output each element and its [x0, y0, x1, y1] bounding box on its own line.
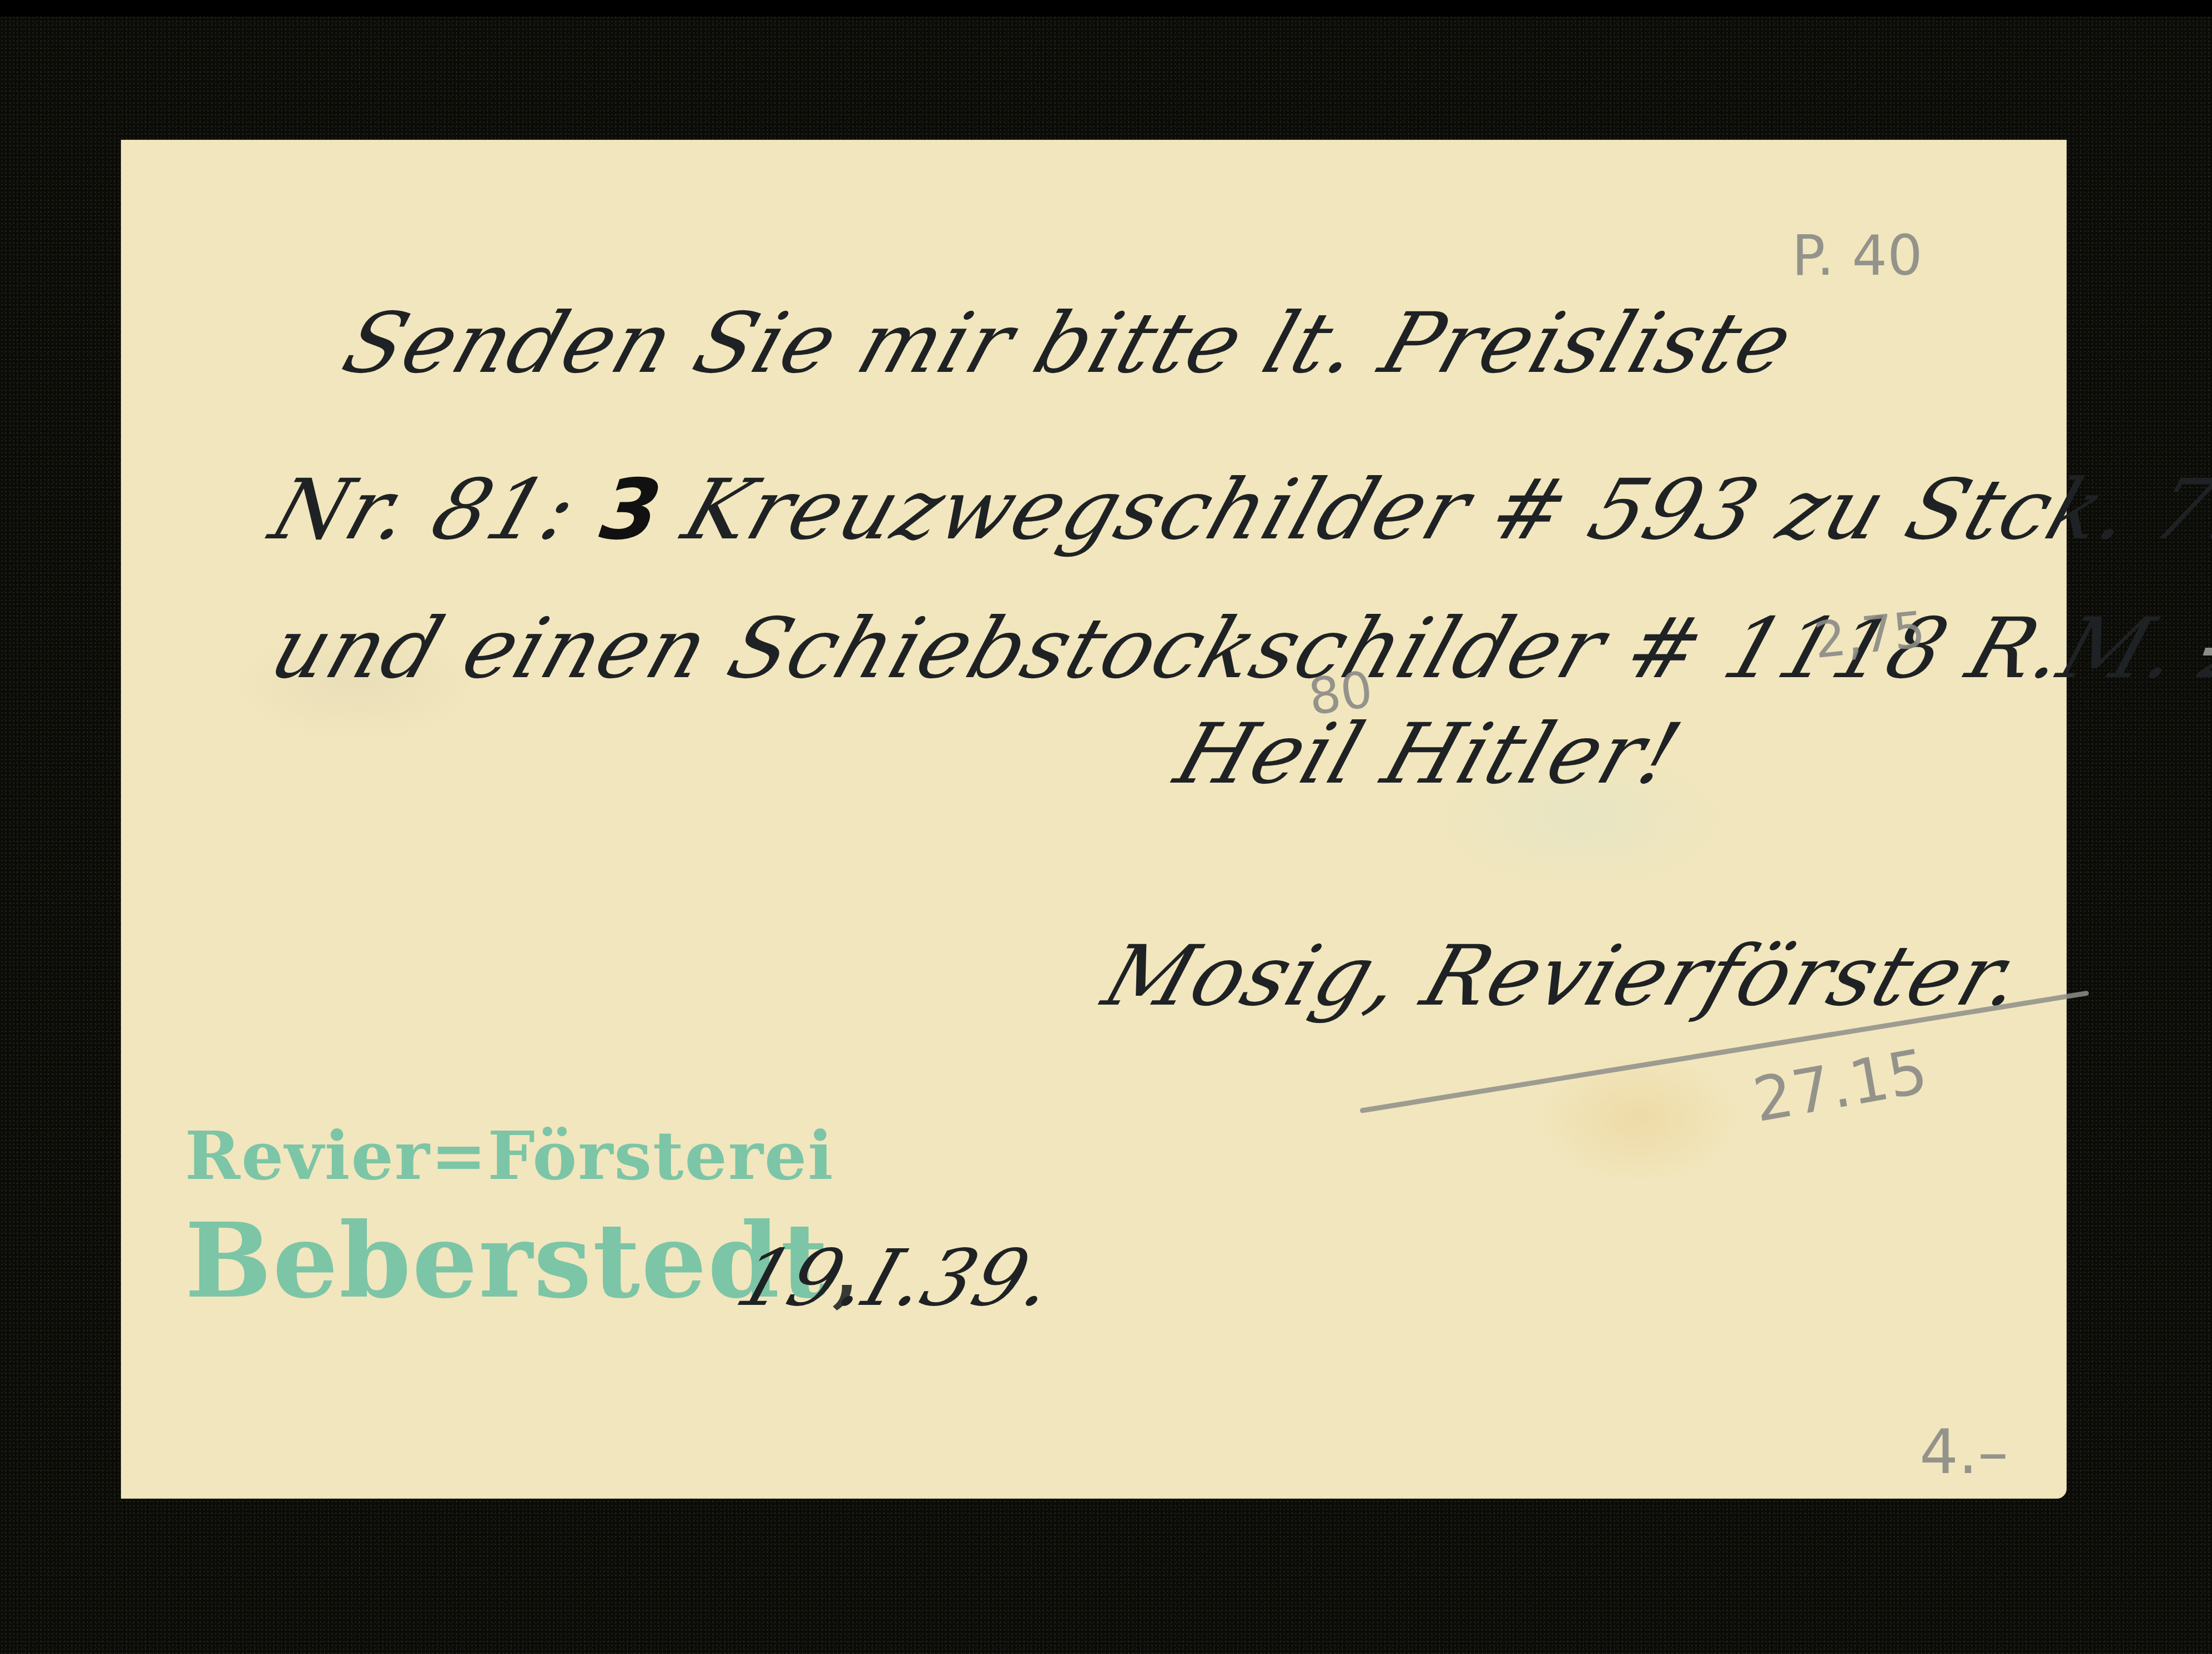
letter-date: 19.I.39. — [726, 1233, 1067, 1324]
pencil-corrected-price: 2,75 — [1811, 601, 1928, 670]
scan-top-strip — [0, 0, 2212, 17]
stamp-line-1: Revier=Försterei — [185, 1117, 834, 1195]
letter-greeting: Heil Hitler! — [1165, 706, 1693, 803]
order-item-1: Kreuzwegschilder # 593 zu Stck. 7.- R.M. — [672, 462, 2212, 558]
catalog-number: Nr. 81: — [260, 462, 589, 558]
letter-line-1: Senden Sie mir bitte lt. Preisliste — [332, 295, 1805, 392]
pencil-note-page-number: P. 40 — [1792, 223, 1923, 288]
pencil-note-total: 27.15 — [1748, 1036, 1932, 1136]
letter-signature: Mosig, Revierförster. — [1092, 928, 2036, 1025]
letter-line-2: Nr. 81: 3 Kreuzwegschilder # 593 zu Stck… — [260, 462, 2212, 558]
order-quantity: 3 — [586, 462, 676, 558]
struck-price: 2,50. — [2189, 601, 2212, 697]
pencil-note-price-bottom: 4.– — [1919, 1416, 2008, 1487]
postcard: P. 40 Senden Sie mir bitte lt. Preislist… — [121, 140, 2067, 1499]
